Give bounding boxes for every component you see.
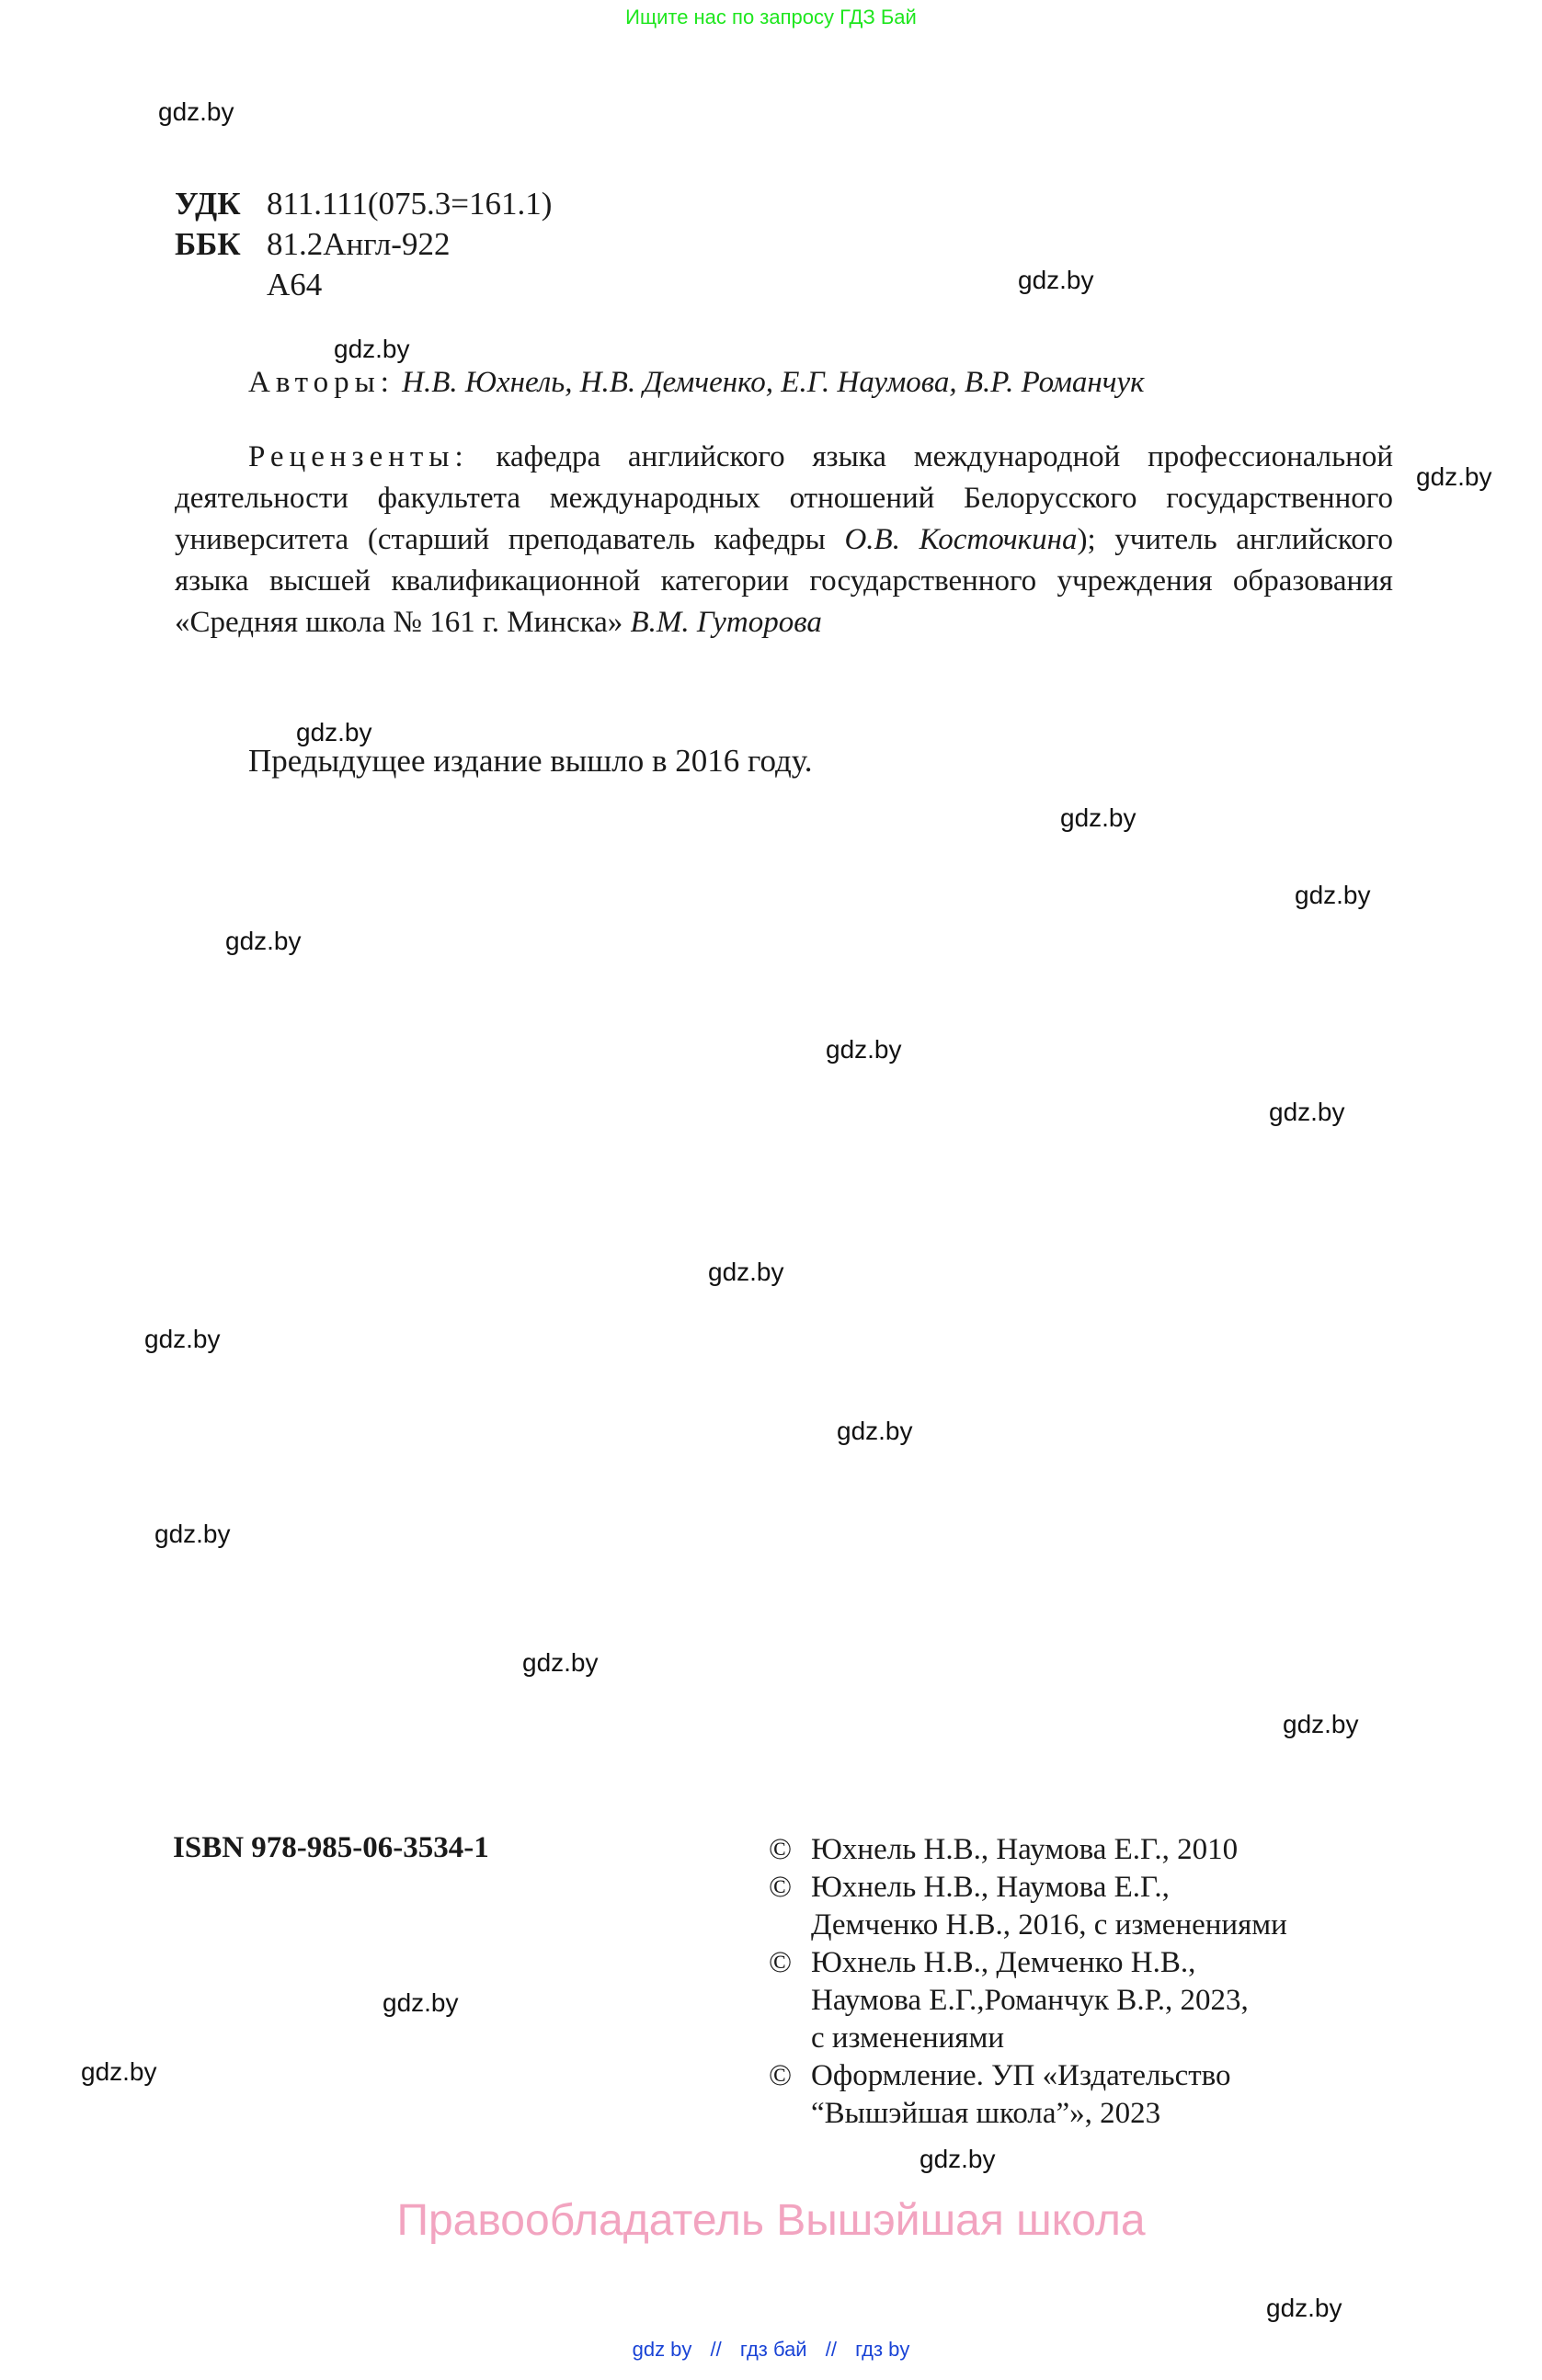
top-search-banner: Ищите нас по запросу ГДЗ Бай xyxy=(0,6,1542,29)
udk-row: УДК 811.111(075.3=161.1) xyxy=(175,184,552,224)
copyright-text: Юхнель Н.В., Наумова Е.Г., xyxy=(811,1871,1170,1904)
authors-label: Авторы: xyxy=(248,366,394,399)
watermark: gdz.by xyxy=(826,1037,902,1063)
bbk-label: ББК xyxy=(175,224,267,265)
copyright-icon: © xyxy=(769,1944,811,1982)
watermark: gdz.by xyxy=(1283,1712,1359,1737)
previous-edition-note: Предыдущее издание вышло в 2016 году. xyxy=(248,743,813,780)
copyright-icon: © xyxy=(769,1869,811,1907)
watermark: gdz.by xyxy=(837,1418,913,1444)
watermark: gdz.by xyxy=(708,1259,784,1285)
footer-separator: // xyxy=(711,2338,722,2361)
rights-holder-notice: Правообладатель Вышэйшая школа xyxy=(0,2195,1542,2246)
classification-block: УДК 811.111(075.3=161.1) ББК 81.2Англ-92… xyxy=(175,184,552,305)
copyright-text: Юхнель Н.В., Демченко Н.В., xyxy=(811,1946,1195,1979)
bbk-value: 81.2Англ-922 xyxy=(267,224,450,265)
copyright-text: Юхнель Н.В., Наумова Е.Г., 2010 xyxy=(811,1833,1238,1866)
copyright-line: Наумова Е.Г.,Романчук В.Р., 2023, xyxy=(769,1982,1287,2020)
copyright-item: ©Оформление. УП «Издательство “Вышэйшая … xyxy=(769,2057,1287,2133)
watermark: gdz.by xyxy=(296,720,372,746)
watermark: gdz.by xyxy=(919,2147,996,2172)
copyright-item: ©Юхнель Н.В., Демченко Н.В., Наумова Е.Г… xyxy=(769,1944,1287,2057)
copyright-list: ©Юхнель Н.В., Наумова Е.Г., 2010 ©Юхнель… xyxy=(769,1831,1287,2133)
copyright-text: Оформление. УП «Издательство xyxy=(811,2059,1231,2092)
copyright-item: ©Юхнель Н.В., Наумова Е.Г., 2010 xyxy=(769,1831,1287,1869)
watermark: gdz.by xyxy=(334,336,410,362)
reviewers-label: Рецензенты: xyxy=(248,440,469,473)
watermark: gdz.by xyxy=(1295,883,1371,908)
watermark: gdz.by xyxy=(1266,2295,1342,2321)
reviewer-person-2: В.М. Гуторова xyxy=(631,606,822,639)
copyright-icon: © xyxy=(769,2057,811,2095)
footer-links: gdz by // гдз бай // гдз by xyxy=(0,2338,1542,2362)
copyright-line: ©Юхнель Н.В., Наумова Е.Г., 2010 xyxy=(769,1831,1287,1869)
watermark: gdz.by xyxy=(1269,1099,1345,1125)
reviewer-person-1: О.В. Косточкина xyxy=(844,523,1077,556)
authors-names: Н.В. Юхнель, Н.В. Демченко, Е.Г. Наумова… xyxy=(402,366,1144,399)
copyright-item: ©Юхнель Н.В., Наумова Е.Г., Демченко Н.В… xyxy=(769,1869,1287,1944)
reviewers-paragraph: Рецензенты: кафедра английского языка ме… xyxy=(175,437,1393,643)
copyright-line: ©Юхнель Н.В., Наумова Е.Г., xyxy=(769,1869,1287,1907)
watermark: gdz.by xyxy=(1416,464,1492,490)
footer-separator: // xyxy=(826,2338,837,2361)
copyright-line: Демченко Н.В., 2016, с изменениями xyxy=(769,1907,1287,1944)
copyright-line: ©Юхнель Н.В., Демченко Н.В., xyxy=(769,1944,1287,1982)
isbn: ISBN 978-985-06-3534-1 xyxy=(173,1831,489,1865)
authors-line: Авторы: Н.В. Юхнель, Н.В. Демченко, Е.Г.… xyxy=(248,366,1145,400)
bbk-row: ББК 81.2Англ-922 xyxy=(175,224,552,265)
udk-label: УДК xyxy=(175,184,267,224)
footer-link-gdz-by[interactable]: gdz by xyxy=(633,2338,692,2361)
watermark: gdz.by xyxy=(81,2059,157,2085)
author-mark: А64 xyxy=(175,265,552,305)
copyright-line: с изменениями xyxy=(769,2020,1287,2057)
watermark: gdz.by xyxy=(522,1650,599,1676)
copyright-icon: © xyxy=(769,1831,811,1869)
watermark: gdz.by xyxy=(383,1990,459,2016)
watermark: gdz.by xyxy=(1060,805,1137,831)
watermark: gdz.by xyxy=(1018,268,1094,293)
footer-link-gdz-bai[interactable]: гдз бай xyxy=(740,2338,807,2361)
watermark: gdz.by xyxy=(144,1327,221,1352)
udk-value: 811.111(075.3=161.1) xyxy=(267,184,552,224)
copyright-line: “Вышэйшая школа”», 2023 xyxy=(769,2095,1287,2133)
copyright-line: ©Оформление. УП «Издательство xyxy=(769,2057,1287,2095)
watermark: gdz.by xyxy=(225,928,302,954)
watermark: gdz.by xyxy=(154,1521,231,1547)
footer-link-gdz-by-cyr[interactable]: гдз by xyxy=(855,2338,909,2361)
watermark: gdz.by xyxy=(158,99,234,125)
